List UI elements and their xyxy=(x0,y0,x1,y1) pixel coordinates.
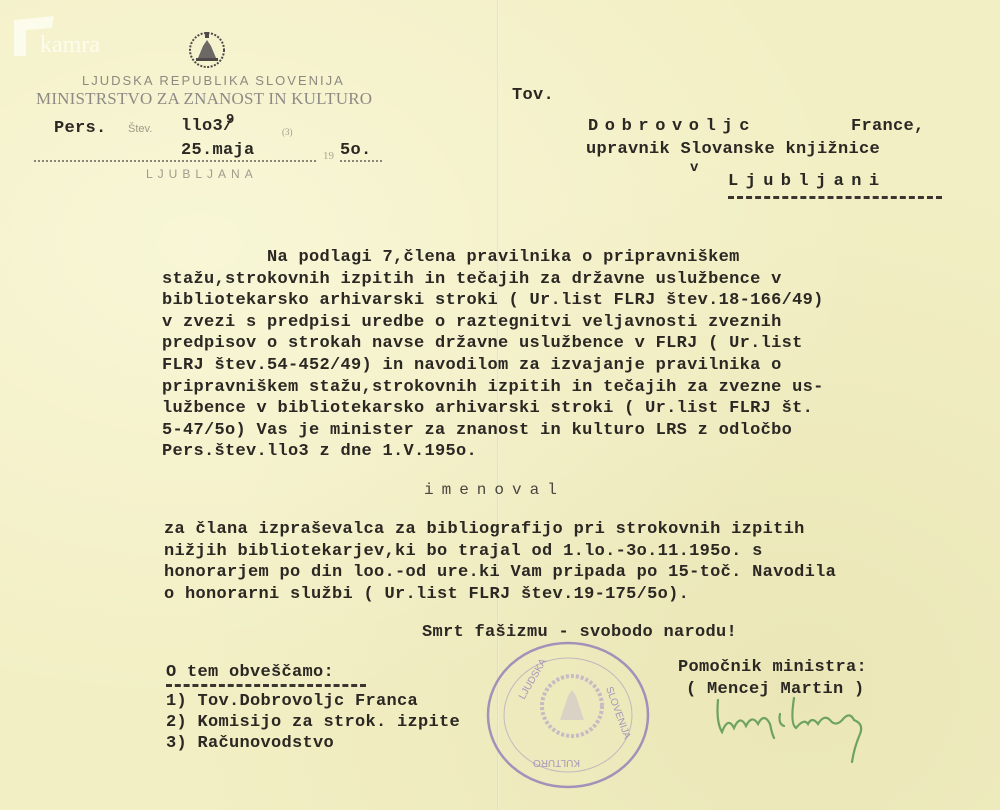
copies-title: O tem obveščamo: xyxy=(166,663,334,682)
coat-of-arms-icon xyxy=(186,28,228,70)
letterhead-city: LJUBLJANA xyxy=(146,167,258,181)
year-suffix: 5o. xyxy=(340,141,372,160)
date-dotted-line xyxy=(34,160,316,162)
copies-title-underline xyxy=(166,684,366,687)
letterhead-republic: LJUDSKA REPUBLIKA SLOVENIJA xyxy=(82,73,345,88)
svg-text:KULTURO: KULTURO xyxy=(533,757,580,768)
reference-bracket: (3) xyxy=(282,127,293,137)
list-item: 3) Računovodstvo xyxy=(166,733,460,754)
body-paragraph-2: za člana izpraševalca za bibliografijo p… xyxy=(164,519,836,605)
year-prefix: 19 xyxy=(323,150,334,162)
addressee-title: upravnik Slovanske knjižnice xyxy=(586,140,880,159)
pers-label: Pers. xyxy=(54,119,107,138)
addressee-salutation: Tov. xyxy=(512,86,554,105)
addressee-firstname: France, xyxy=(851,117,925,136)
official-seal-icon: LJUDSKA SLOVENIJA KULTURO xyxy=(484,640,652,790)
date-day: 25.maja xyxy=(181,141,255,160)
body-paragraph-1: Na podlagi 7,člena pravilnika o pripravn… xyxy=(162,247,824,463)
addressee-surname: Dobrovoljc xyxy=(588,117,756,136)
copies-list: 1) Tov.Dobrovoljc Franca2) Komisijo za s… xyxy=(166,691,460,754)
reference-superscript: 9 xyxy=(226,112,234,128)
addressee-preposition: v xyxy=(690,160,698,176)
addressee-city: Ljubljani xyxy=(728,172,886,191)
document-page: kamra LJUDSKA REPUBLIKA SLOVENIJA MINIST… xyxy=(0,0,1000,810)
watermark-text: kamra xyxy=(40,32,100,59)
letterhead-ministry: MINISTRSTVO ZA ZNANOST IN KULTURO xyxy=(36,89,372,109)
stev-label: Štev. xyxy=(128,123,152,135)
signature-icon xyxy=(714,694,884,764)
year-dotted-line xyxy=(340,160,382,162)
list-item: 2) Komisijo za strok. izpite xyxy=(166,712,460,733)
appointed-heading: imenoval xyxy=(424,481,565,499)
list-item: 1) Tov.Dobrovoljc Franca xyxy=(166,691,460,712)
signer-role: Pomočnik ministra: xyxy=(678,658,867,677)
addressee-city-underline xyxy=(728,196,942,199)
